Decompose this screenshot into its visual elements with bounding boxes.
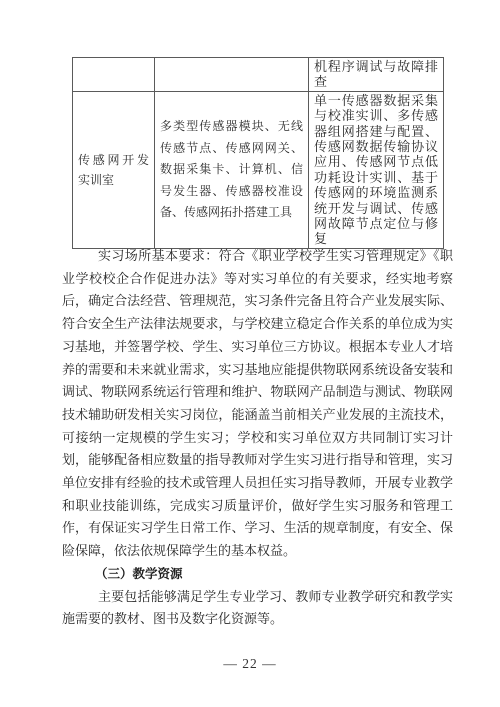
- body-text-block: 实习场所基本要求：符合《职业学校学生实习管理规定》《职业学校校企合作促进办法》等…: [62, 245, 453, 631]
- cell-room: 传感网开发实训室: [73, 91, 155, 248]
- cell-equipment: 多类型传感器模块、无线传感节点、传感网网关、数据采集卡、计算机、信号发生器、传感…: [155, 91, 309, 248]
- section-heading-teaching-resources: （三）教学资源: [62, 563, 453, 586]
- table-row-sensor-network-lab: 传感网开发实训室 多类型传感器模块、无线传感节点、传感网网关、数据采集卡、计算机…: [73, 91, 444, 248]
- document-page: 机程序调试与故障排查 传感网开发实训室 多类型传感器模块、无线传感节点、传感网网…: [0, 0, 500, 707]
- cell-room: [73, 58, 155, 92]
- body-paragraph-internship-requirements: 实习场所基本要求：符合《职业学校学生实习管理规定》《职业学校校企合作促进办法》等…: [62, 245, 453, 563]
- table-row-continued: 机程序调试与故障排查: [73, 58, 444, 92]
- body-paragraph-teaching-resources: 主要包括能够满足学生专业学习、教师专业教学研究和教学实施需要的教材、图书及数字化…: [62, 586, 453, 631]
- page-number: — 22 —: [0, 656, 500, 672]
- training-room-table: 机程序调试与故障排查 传感网开发实训室 多类型传感器模块、无线传感节点、传感网网…: [72, 57, 444, 249]
- cell-equipment: [155, 58, 309, 92]
- cell-projects: 单一传感器数据采集与校准实训、多传感器组网搭建与配置、传感网数据传输协议应用、传…: [309, 91, 444, 248]
- cell-projects: 机程序调试与故障排查: [309, 58, 444, 92]
